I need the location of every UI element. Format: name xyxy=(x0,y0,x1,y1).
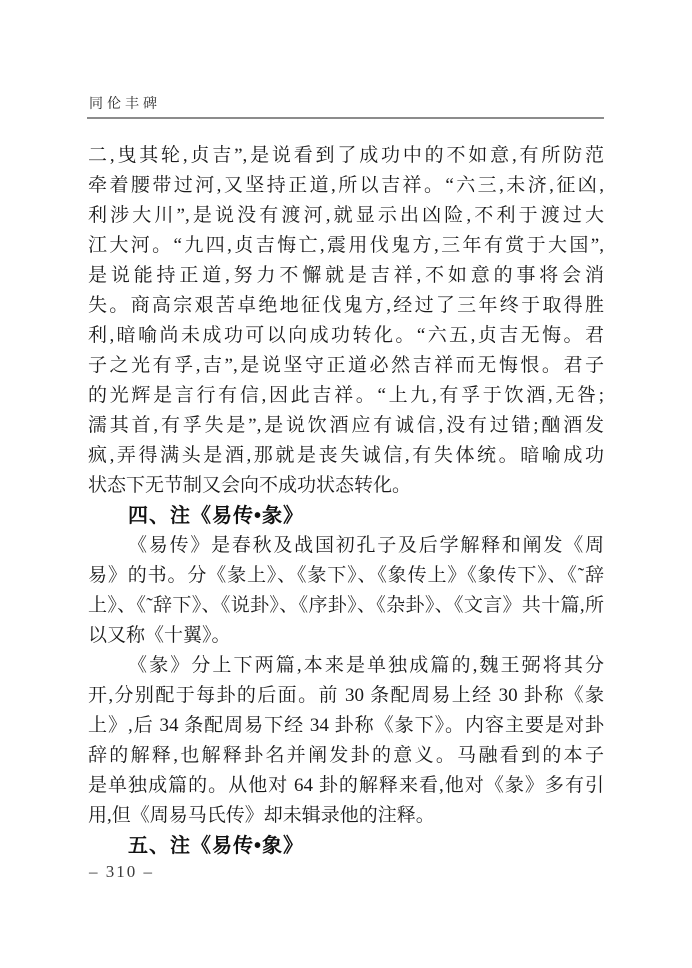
header-rule xyxy=(87,117,604,119)
paragraph-tuan-description: 《彖》分上下两篇,本来是单独成篇的,魏王弼将其分开,分别配于每卦的后面。前 30… xyxy=(88,651,604,831)
text-line: 开,分别配于每卦的后面。前 30 条配周易上经 30 卦称《彖 xyxy=(88,681,604,711)
section-heading-5: 五、注《易传•象》 xyxy=(88,831,604,861)
text-line: 疯,弄得满头是酒,那就是丧失诚信,有失体统。暗喻成功 xyxy=(88,441,604,471)
text-line: 辞的解释,也解释卦名并阐发卦的意义。马融看到的本子 xyxy=(88,741,604,771)
text-line: 失。商高宗艰苦卓绝地征伐鬼方,经过了三年终于取得胜 xyxy=(88,291,604,321)
text-line: 江大河。“九四,贞吉悔亡,震用伐鬼方,三年有赏于大国”, xyxy=(88,231,604,261)
text-line: 易》的书。分《彖上》、《彖下》、《象传上》《象传下》、《˜辞 xyxy=(88,561,604,591)
page-body: 二,曳其轮,贞吉”,是说看到了成功中的不如意,有所防范牵着腰带过河,又坚持正道,… xyxy=(88,141,604,861)
text-line: 濡其首,有孚失是”,是说饮酒应有诚信,没有过错;酗酒发 xyxy=(88,411,604,441)
text-line: 是说能持正道,努力不懈就是吉祥,不如意的事将会消 xyxy=(88,261,604,291)
text-line: 的光辉是言行有信,因此吉祥。“上九,有孚于饮酒,无咎; xyxy=(88,381,604,411)
text-line: 状态下无节制又会向不成功状态转化。 xyxy=(88,471,604,501)
paragraph-yizhuan-intro: 《易传》是春秋及战国初孔子及后学解释和阐发《周易》的书。分《彖上》、《彖下》、《… xyxy=(88,531,604,651)
text-line: 用,但《周易马氏传》却未辑录他的注释。 xyxy=(88,801,604,831)
text-line: 以又称《十翼》。 xyxy=(88,621,604,651)
text-line: 是单独成篇的。从他对 64 卦的解释来看,他对《彖》多有引 xyxy=(88,771,604,801)
text-line: 二,曳其轮,贞吉”,是说看到了成功中的不如意,有所防范 xyxy=(88,141,604,171)
text-line: 上》、《˜辞下》、《说卦》、《序卦》、《杂卦》、《文言》共十篇,所 xyxy=(88,591,604,621)
text-line: 上》,后 34 条配周易下经 34 卦称《彖下》。内容主要是对卦 xyxy=(88,711,604,741)
text-line: 《彖》分上下两篇,本来是单独成篇的,魏王弼将其分 xyxy=(88,651,604,681)
paragraph-continuation: 二,曳其轮,贞吉”,是说看到了成功中的不如意,有所防范牵着腰带过河,又坚持正道,… xyxy=(88,141,604,501)
text-line: 牵着腰带过河,又坚持正道,所以吉祥。“六三,未济,征凶, xyxy=(88,171,604,201)
text-line: 子之光有孚,吉”,是说坚守正道必然吉祥而无悔恨。君子 xyxy=(88,351,604,381)
section-heading-4: 四、注《易传•彖》 xyxy=(88,501,604,531)
page-number: – 310 – xyxy=(89,862,154,882)
book-page: 同伦丰碑 二,曳其轮,贞吉”,是说看到了成功中的不如意,有所防范牵着腰带过河,又… xyxy=(0,0,692,968)
text-line: 利涉大川”,是说没有渡河,就显示出凶险,不利于渡过大 xyxy=(88,201,604,231)
text-line: 《易传》是春秋及战国初孔子及后学解释和阐发《周 xyxy=(88,531,604,561)
text-line: 利,暗喻尚未成功可以向成功转化。“六五,贞吉无悔。君 xyxy=(88,321,604,351)
running-head-title: 同伦丰碑 xyxy=(89,93,161,113)
